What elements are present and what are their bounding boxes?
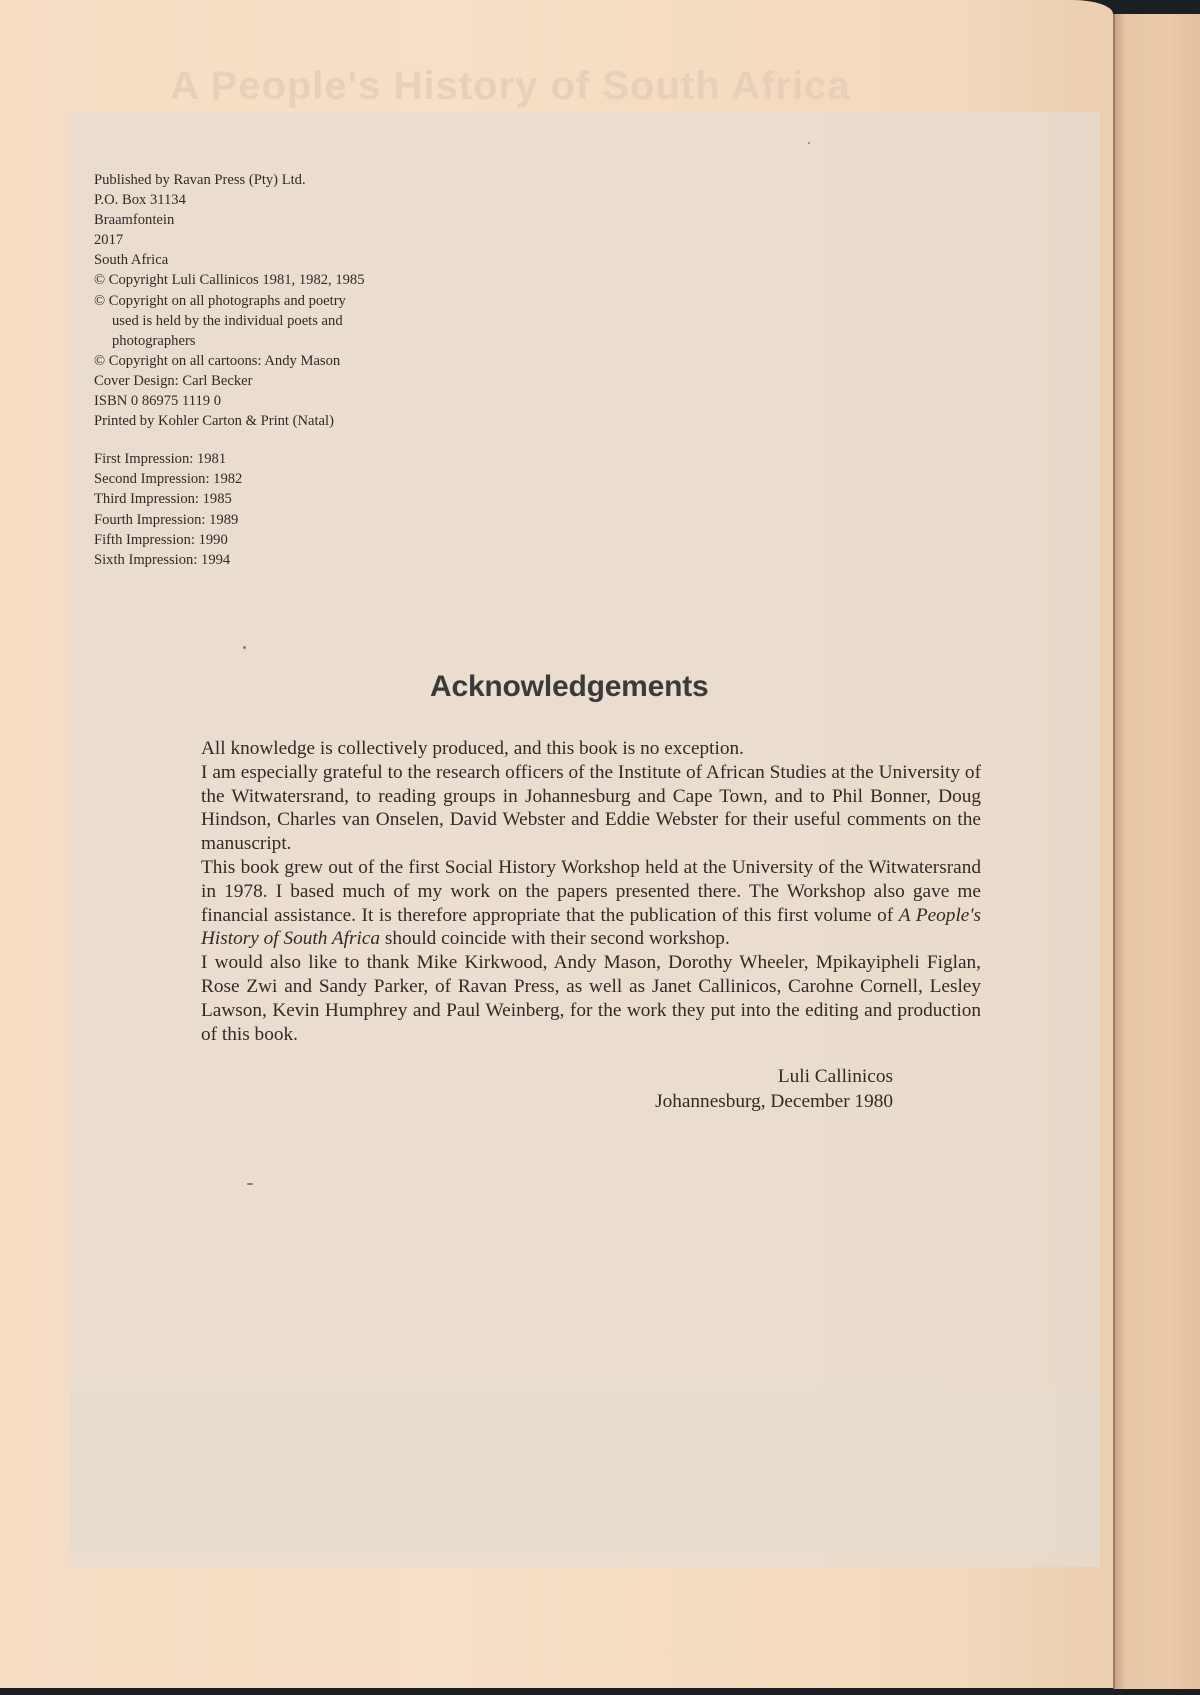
imprint-cover-design: Cover Design: Carl Becker bbox=[94, 371, 365, 391]
imprint-gap bbox=[94, 431, 365, 449]
book-page: A People's History of South Africa Publi… bbox=[0, 0, 1113, 1688]
impression-line: Sixth Impression: 1994 bbox=[94, 550, 365, 570]
adjacent-page-edge bbox=[1113, 14, 1200, 1689]
ack-paragraph: I would also like to thank Mike Kirkwood… bbox=[201, 951, 981, 1046]
imprint-copyright-cartoons: © Copyright on all cartoons: Andy Mason bbox=[94, 351, 365, 371]
imprint-city: Braamfontein bbox=[94, 210, 365, 230]
imprint-isbn: ISBN 0 86975 1119 0 bbox=[94, 391, 365, 411]
ack-paragraph: All knowledge is collectively produced, … bbox=[201, 737, 981, 761]
imprint-po-box: P.O. Box 31134 bbox=[94, 190, 365, 210]
signature-place-date: Johannesburg, December 1980 bbox=[655, 1090, 893, 1115]
ack-paragraph: This book grew out of the first Social H… bbox=[201, 856, 981, 951]
signature-block: Luli Callinicos Johannesburg, December 1… bbox=[655, 1065, 893, 1114]
paper-speck bbox=[247, 1183, 253, 1185]
acknowledgements-heading: Acknowledgements bbox=[430, 670, 709, 704]
ack-text: should coincide with their second worksh… bbox=[380, 928, 730, 949]
imprint-publisher: Published by Ravan Press (Pty) Ltd. bbox=[94, 170, 365, 190]
ack-paragraph: I am especially grateful to the research… bbox=[201, 761, 981, 856]
ack-text: This book grew out of the first Social H… bbox=[201, 857, 981, 926]
paper-speck bbox=[243, 646, 246, 649]
imprint-copyright-author: © Copyright Luli Callinicos 1981, 1982, … bbox=[94, 270, 365, 290]
signature-name: Luli Callinicos bbox=[655, 1065, 893, 1090]
impression-line: First Impression: 1981 bbox=[94, 449, 365, 469]
photo-showthrough-lower bbox=[70, 1390, 1100, 1550]
impression-line: Fourth Impression: 1989 bbox=[94, 510, 365, 530]
imprint-printer: Printed by Kohler Carton & Print (Natal) bbox=[94, 411, 365, 431]
imprint-block: Published by Ravan Press (Pty) Ltd. P.O.… bbox=[94, 170, 365, 570]
imprint-copyright-photos-cont2: photographers bbox=[94, 331, 365, 351]
impression-line: Third Impression: 1985 bbox=[94, 489, 365, 509]
acknowledgements-body: All knowledge is collectively produced, … bbox=[201, 737, 981, 1046]
showthrough-title: A People's History of South Africa bbox=[170, 64, 1070, 109]
paper-speck bbox=[808, 142, 810, 144]
impression-line: Second Impression: 1982 bbox=[94, 469, 365, 489]
imprint-postcode: 2017 bbox=[94, 230, 365, 250]
imprint-country: South Africa bbox=[94, 250, 365, 270]
imprint-copyright-photos-cont: used is held by the individual poets and bbox=[94, 311, 365, 331]
impression-line: Fifth Impression: 1990 bbox=[94, 530, 365, 550]
imprint-copyright-photos: © Copyright on all photographs and poetr… bbox=[94, 291, 365, 311]
